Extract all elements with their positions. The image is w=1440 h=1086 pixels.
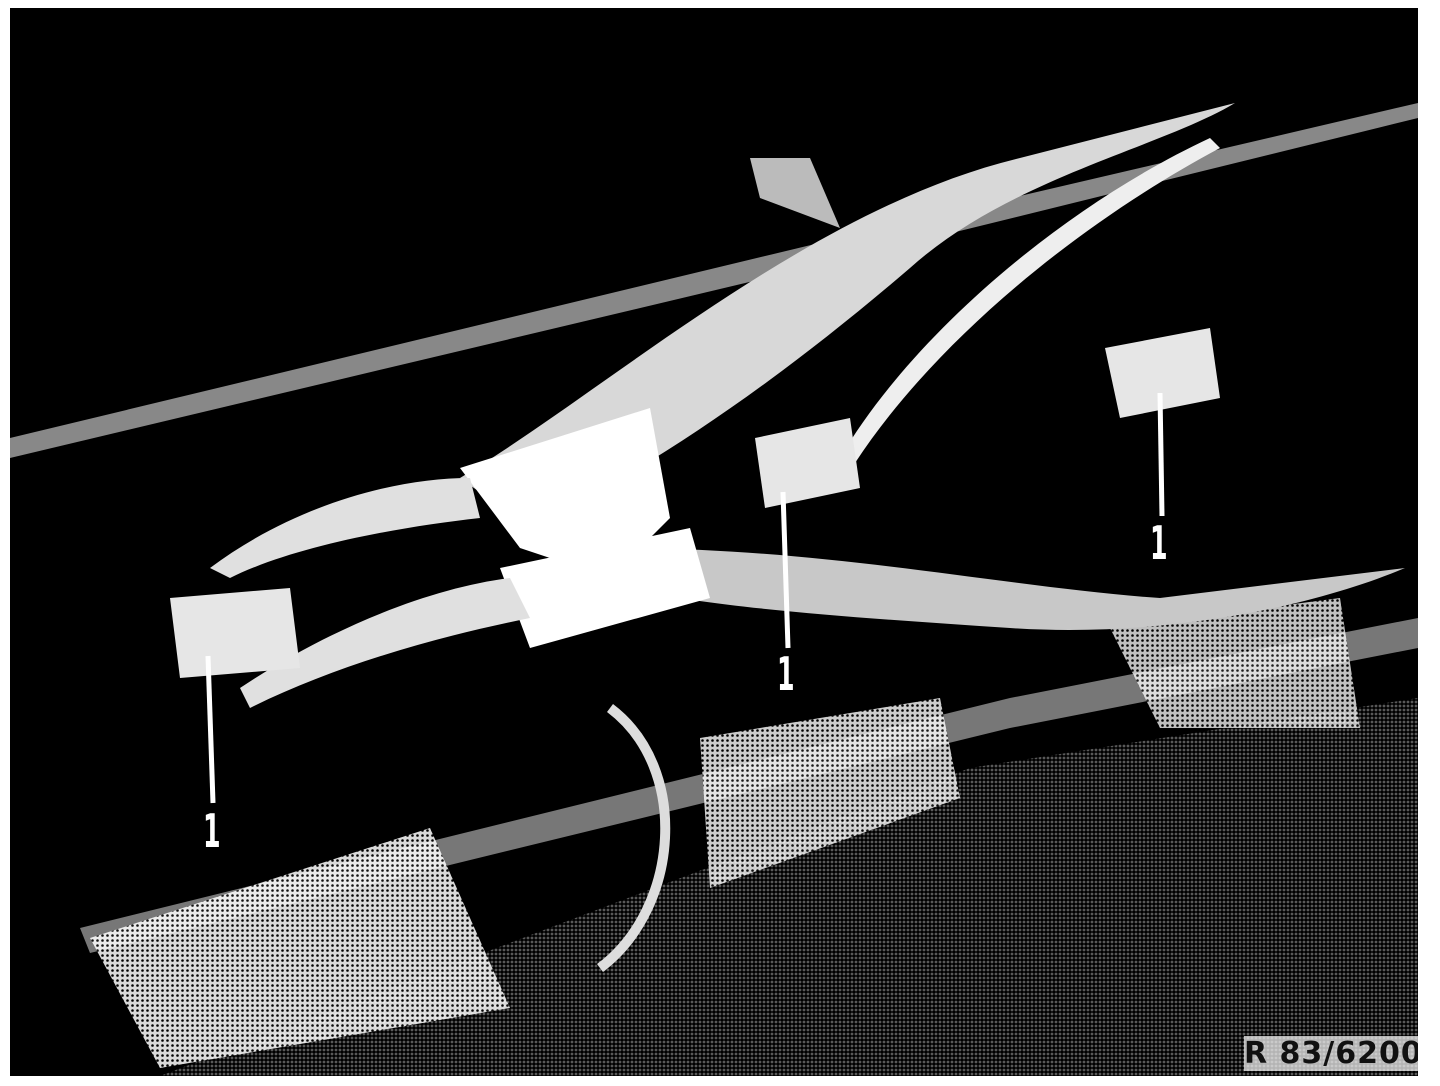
leader-line-right xyxy=(1160,393,1162,516)
leader-line-center xyxy=(783,492,788,648)
photo-shapes xyxy=(10,8,1418,1076)
callout-label-left: 1 xyxy=(203,808,221,854)
bushing-center xyxy=(755,418,860,508)
leader-line-left xyxy=(208,656,213,803)
service-manual-photo: 1 1 1 xyxy=(10,8,1418,1076)
callout-label-right: 1 xyxy=(1150,520,1168,566)
plier-jaw-upper xyxy=(210,478,480,578)
bracket xyxy=(750,158,840,228)
bushing-left xyxy=(170,588,300,678)
callout-label-center: 1 xyxy=(777,651,795,697)
figure-reference-code: R 83/6200 xyxy=(1244,1036,1418,1071)
